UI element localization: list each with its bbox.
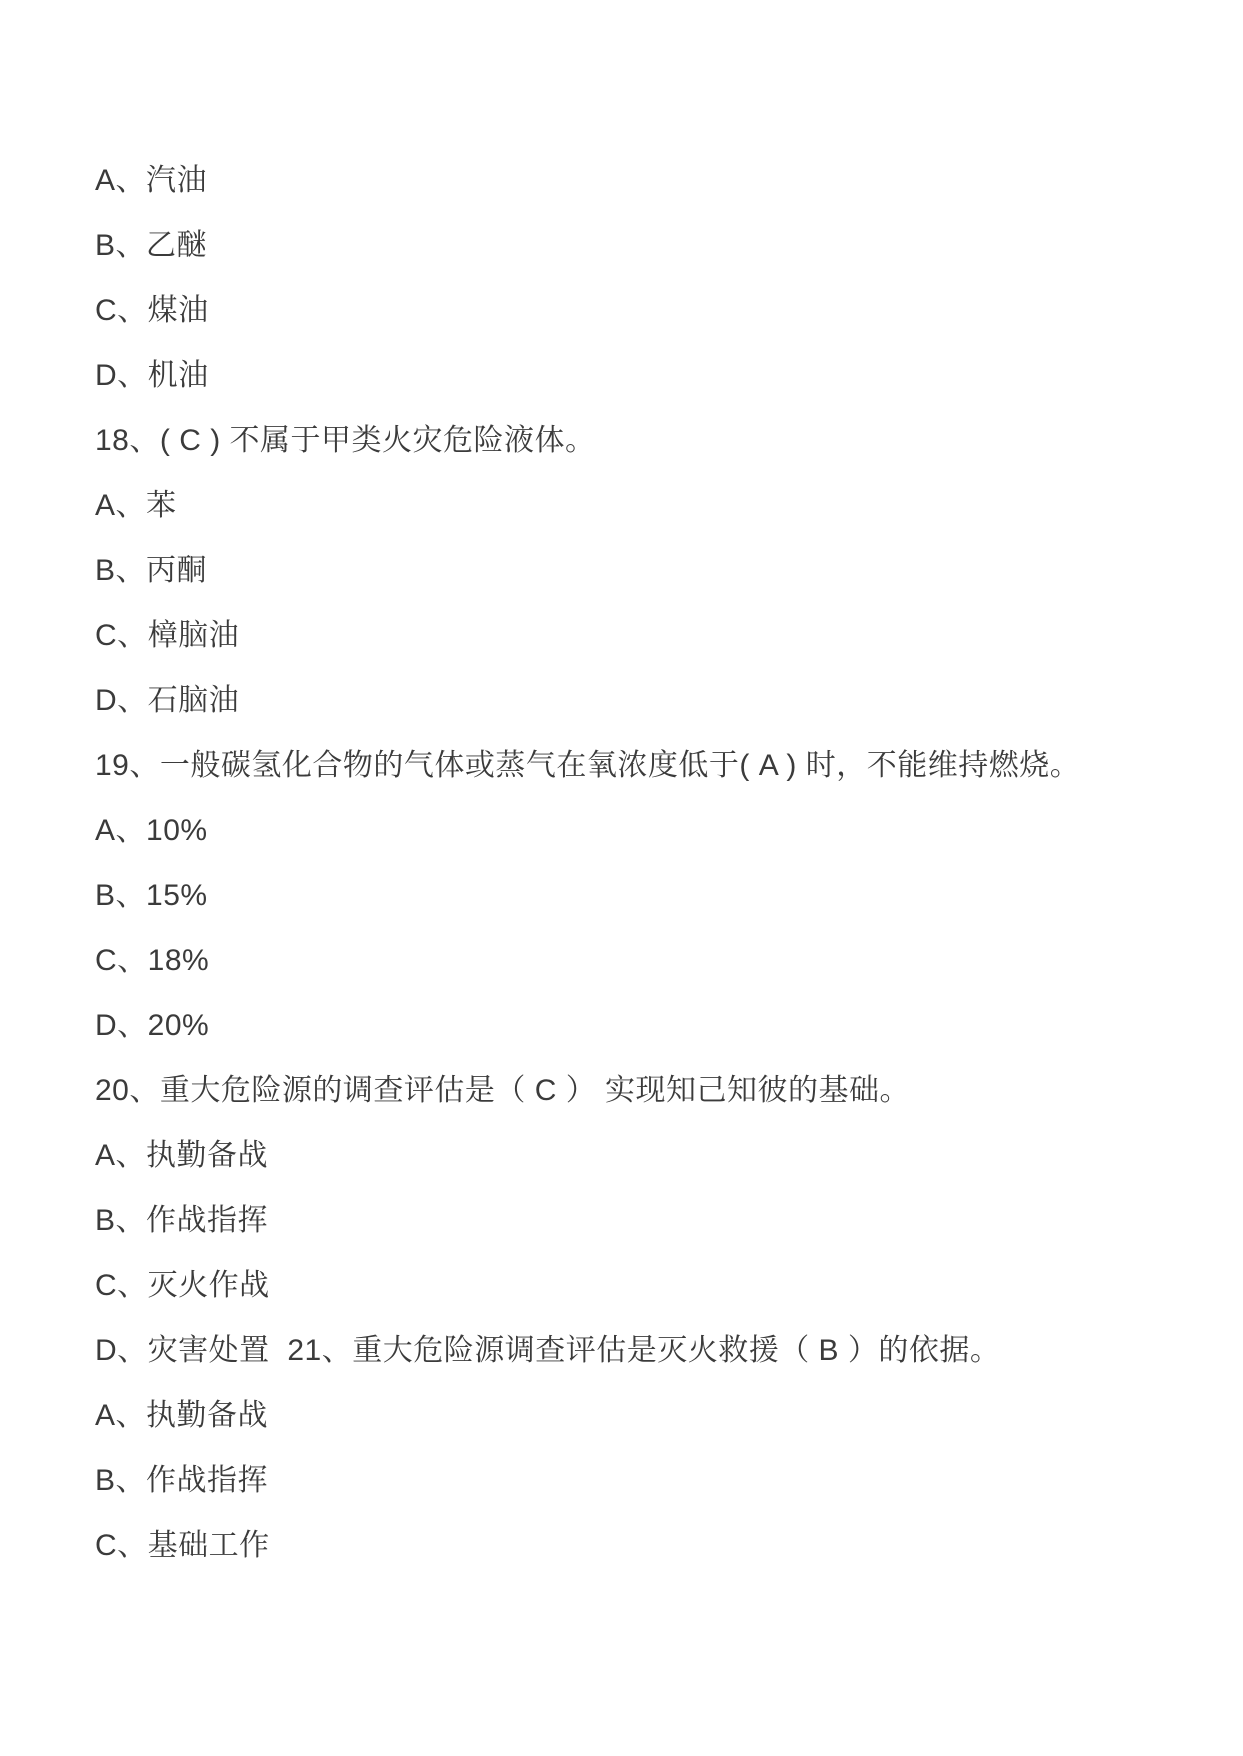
- option-line: D、20%: [95, 993, 1213, 1058]
- option-line: D、石脑油: [95, 668, 1213, 733]
- question-line: 20、重大危险源的调查评估是（ C ） 实现知己知彼的基础。: [95, 1058, 1213, 1123]
- option-line: C、灭火作战: [95, 1253, 1213, 1318]
- option-line: C、煤油: [95, 278, 1213, 343]
- option-line: C、樟脑油: [95, 603, 1213, 668]
- option-line: B、15%: [95, 863, 1213, 928]
- option-line: C、基础工作: [95, 1513, 1213, 1578]
- question-line: 19、一般碳氢化合物的气体或蒸气在氧浓度低于( A ) 时，不能维持燃烧。: [95, 733, 1213, 798]
- option-line: A、10%: [95, 798, 1213, 863]
- quiz-page: A、汽油 B、乙醚 C、煤油 D、机油 18、( C ) 不属于甲类火灾危险液体…: [0, 0, 1243, 1756]
- option-line: B、作战指挥: [95, 1188, 1213, 1253]
- option-line: B、乙醚: [95, 213, 1213, 278]
- option-line: A、汽油: [95, 148, 1213, 213]
- option-line: D、机油: [95, 343, 1213, 408]
- question-line: 18、( C ) 不属于甲类火灾危险液体。: [95, 408, 1213, 473]
- option-line: A、执勤备战: [95, 1123, 1213, 1188]
- option-line: A、执勤备战: [95, 1383, 1213, 1448]
- option-line: B、作战指挥: [95, 1448, 1213, 1513]
- quiz-content: A、汽油 B、乙醚 C、煤油 D、机油 18、( C ) 不属于甲类火灾危险液体…: [95, 148, 1213, 1578]
- option-line: C、18%: [95, 928, 1213, 993]
- option-and-question-line: D、灾害处置 21、重大危险源调查评估是灭火救援（ B ）的依据。: [95, 1318, 1213, 1383]
- option-line: B、丙酮: [95, 538, 1213, 603]
- option-line: A、苯: [95, 473, 1213, 538]
